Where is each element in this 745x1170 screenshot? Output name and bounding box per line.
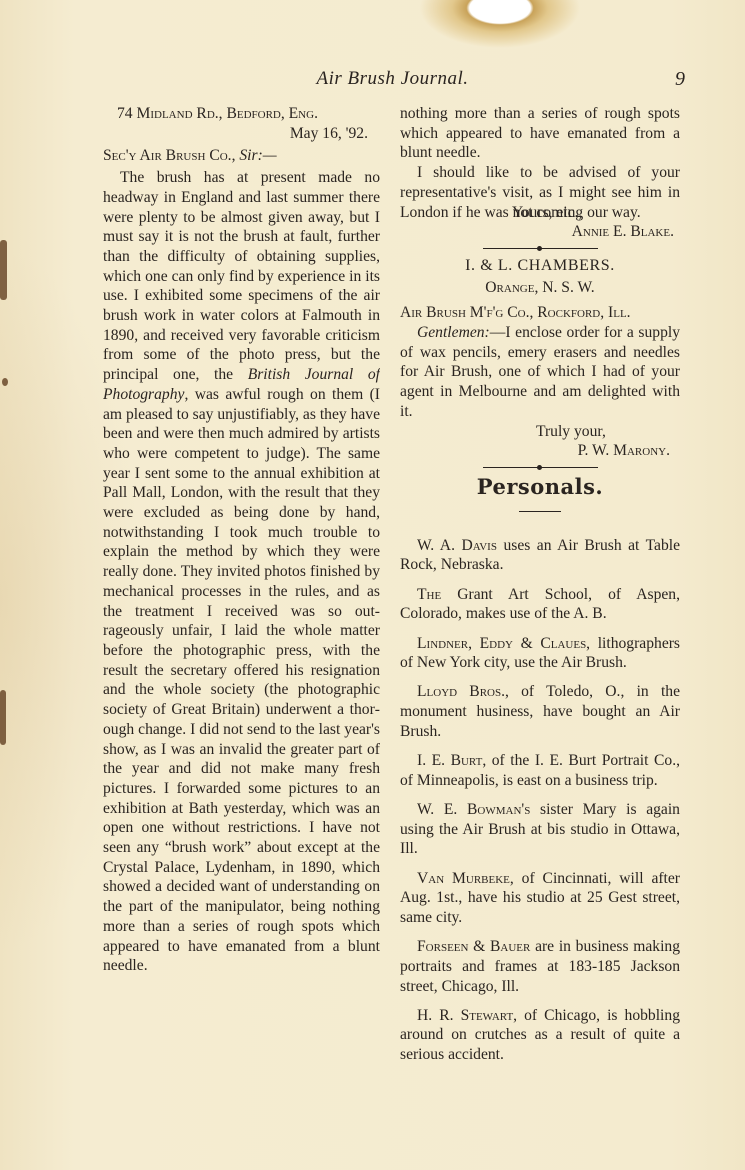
- running-header: Air Brush Journal. 9: [100, 68, 685, 92]
- personal-item: Lloyd Bros., of Toledo, O., in the monum…: [400, 682, 680, 741]
- divider-rule: [483, 244, 598, 254]
- personal-name: Lindner, Eddy & Claues,: [417, 635, 590, 652]
- binding-hole-stain: [0, 240, 7, 300]
- personal-item: H. R. Stewart, of Chicago, is hobbling a…: [400, 1006, 680, 1065]
- personal-item: W. E. Bowman's sister Mary is again usin…: [400, 800, 680, 859]
- letter-salutation: Sec'y Air Brush Co., Sir:—: [103, 146, 380, 166]
- letter2-location: Orange, N. S. W.: [400, 278, 680, 298]
- personal-item: The Grant Art School, of Aspen, Colorado…: [400, 585, 680, 624]
- short-divider: [519, 511, 561, 512]
- personal-name: W. A. Davis: [417, 537, 497, 554]
- divider-rule: [483, 463, 598, 473]
- binding-hole-stain: [2, 378, 8, 386]
- letter2-closing: Truly your,: [400, 422, 680, 442]
- personal-item: Forseen & Bauer are in business making p…: [400, 937, 680, 996]
- salutation-sir: Sir:—: [239, 147, 276, 164]
- personal-name: The: [417, 586, 441, 603]
- letter2-signature: P. W. Marony.: [400, 441, 680, 461]
- letter2-salutation: Gentlemen:: [417, 324, 490, 341]
- personal-item: Van Murbeke, of Cincinnati, will after A…: [400, 869, 680, 928]
- letter-signature: Annie E. Blake.: [400, 222, 680, 242]
- personal-item: W. A. Davis uses an Air Brush at Table R…: [400, 536, 680, 575]
- personal-name: Forseen & Bauer: [417, 938, 530, 955]
- salutation-addressee: Sec'y Air Brush Co.,: [103, 147, 235, 164]
- letter-body-continued: nothing more than a series of rough spot…: [400, 104, 680, 163]
- letter2-body: Gentlemen:—I enclose order for a supply …: [400, 323, 680, 422]
- binding-hole-stain: [0, 690, 6, 745]
- running-title: Air Brush Journal.: [100, 68, 685, 90]
- personal-name: H. R. Stewart,: [417, 1007, 517, 1024]
- personals-list: W. A. Davis uses an Air Brush at Table R…: [400, 536, 680, 1065]
- letter-address: 74 Midland Rd., Bedford, Eng.: [103, 104, 380, 124]
- left-column: 74 Midland Rd., Bedford, Eng. May 16, '9…: [103, 104, 380, 1098]
- letter-date: May 16, '92.: [103, 124, 380, 144]
- page-number: 9: [675, 68, 685, 91]
- personal-name: Van Murbeke,: [417, 870, 514, 887]
- letter-body: The brush has at present made no headway…: [103, 168, 380, 1098]
- letter-body-text: The brush has at present made no headway…: [103, 169, 380, 383]
- letter-body-text: , was awful rough on them (I am pleased …: [103, 386, 380, 974]
- personal-name: Lloyd Bros.,: [417, 683, 509, 700]
- personal-item: Lindner, Eddy & Claues, litho­graphers o…: [400, 634, 680, 673]
- personal-name: I. E. Burt,: [417, 752, 486, 769]
- letter2-addressee: Air Brush M'f'g Co., Rockford, Ill.: [400, 303, 680, 323]
- letter2-sender: I. & L. CHAMBERS.: [400, 256, 680, 276]
- personal-item: I. E. Burt, of the I. E. Burt Por­trait …: [400, 751, 680, 790]
- personal-name: W. E. Bowman's: [417, 801, 530, 818]
- right-column: nothing more than a series of rough spot…: [400, 104, 680, 1074]
- personal-text: Grant Art School, of Aspen, Colorado, ma…: [400, 586, 680, 623]
- personals-heading: Personals.: [400, 477, 680, 497]
